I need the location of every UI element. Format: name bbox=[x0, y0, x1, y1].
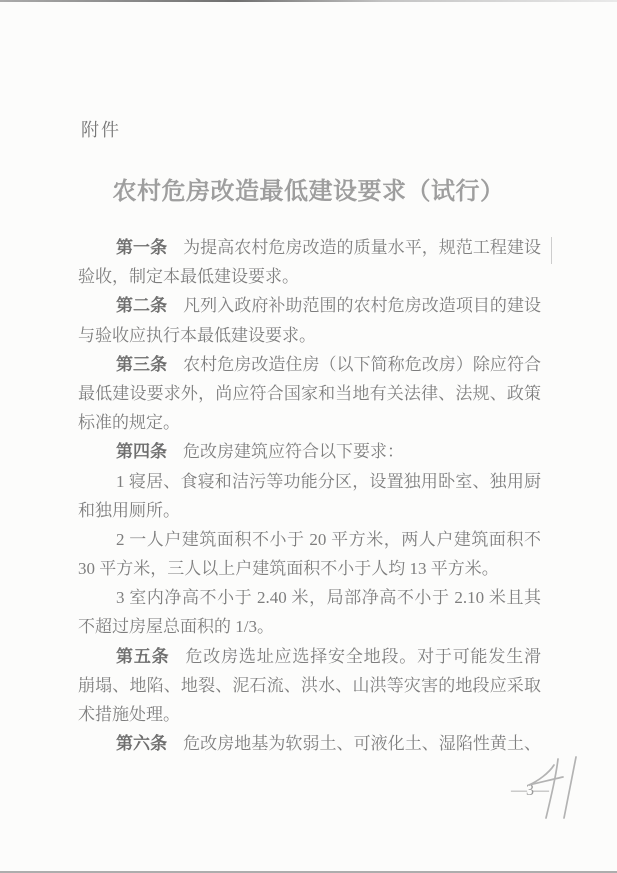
text-line: 最低建设要求外，尚应符合国家和当地有关法律、法规、政策及 bbox=[78, 379, 541, 408]
text-line: 第四条危改房建筑应符合以下要求： bbox=[78, 437, 541, 466]
article-number: 第四条 bbox=[116, 442, 167, 461]
text-line: 崩塌、地陷、地裂、泥石流、洪水、山洪等灾害的地段应采取技 bbox=[78, 671, 541, 700]
text-line: 第五条危改房选址应选择安全地段。对于可能发生滑坡、 bbox=[78, 642, 541, 671]
article-number: 第二条 bbox=[116, 296, 167, 315]
line-text: 最低建设要求外，尚应符合国家和当地有关法律、法规、政策及 bbox=[78, 384, 541, 408]
article-number: 第三条 bbox=[116, 355, 167, 374]
line-text: 凡列入政府补助范围的农村危房改造项目的建设 bbox=[183, 296, 541, 315]
line-text: 术措施处理。 bbox=[78, 705, 180, 724]
article-number: 第五条 bbox=[116, 647, 169, 666]
text-line: 第二条凡列入政府补助范围的农村危房改造项目的建设 bbox=[78, 291, 541, 320]
line-text: 1 寝居、食寝和洁污等功能分区，设置独用卧室、独用厨房 bbox=[116, 472, 541, 496]
line-text: 与验收应执行本最低建设要求。 bbox=[78, 326, 316, 345]
line-text: 2 一人户建筑面积不小于 20 平方米，两人户建筑面积不小于 bbox=[116, 530, 541, 554]
document-body: 第一条为提高农村危房改造的质量水平，规范工程建设与验收，制定本最低建设要求。第二… bbox=[78, 233, 541, 758]
text-line: 术措施处理。 bbox=[78, 700, 541, 729]
text-line: 与验收应执行本最低建设要求。 bbox=[78, 321, 541, 350]
line-text: 危改房建筑应符合以下要求： bbox=[183, 442, 404, 461]
line-text: 为提高农村危房改造的质量水平，规范工程建设与 bbox=[116, 238, 541, 262]
text-line: 不超过房屋总面积的 1/3。 bbox=[78, 612, 541, 641]
line-text: 30 平方米，三人以上户建筑面积不小于人均 13 平方米。 bbox=[78, 559, 499, 578]
handwritten-mark-41 bbox=[524, 752, 586, 824]
line-text: 验收，制定本最低建设要求。 bbox=[78, 267, 299, 286]
line-text: 标准的规定。 bbox=[78, 413, 180, 432]
attachment-label: 附件 bbox=[81, 116, 121, 142]
line-text: 危改房地基为软弱土、可液化土、湿陷性黄土、膨 bbox=[116, 734, 541, 758]
scan-top-edge bbox=[0, 0, 617, 2]
line-text: 危改房选址应选择安全地段。对于可能发生滑坡、 bbox=[116, 647, 541, 671]
text-line: 3 室内净高不小于 2.40 米，局部净高不小于 2.10 米且其面积 bbox=[78, 583, 541, 612]
scanned-document-page: 附件 农村危房改造最低建设要求（试行） 第一条为提高农村危房改造的质量水平，规范… bbox=[0, 0, 617, 873]
line-text: 崩塌、地陷、地裂、泥石流、洪水、山洪等灾害的地段应采取技 bbox=[78, 676, 541, 700]
article-number: 第一条 bbox=[116, 238, 167, 257]
text-line: 第三条农村危房改造住房（以下简称危改房）除应符合本 bbox=[78, 350, 541, 379]
text-line: 2 一人户建筑面积不小于 20 平方米，两人户建筑面积不小于 bbox=[78, 525, 541, 554]
scan-artifact-line bbox=[551, 237, 552, 264]
text-line: 30 平方米，三人以上户建筑面积不小于人均 13 平方米。 bbox=[78, 554, 541, 583]
article-number: 第六条 bbox=[116, 734, 167, 753]
text-line: 验收，制定本最低建设要求。 bbox=[78, 262, 541, 291]
line-text: 和独用厕所。 bbox=[78, 501, 180, 520]
line-text: 3 室内净高不小于 2.40 米，局部净高不小于 2.10 米且其面积 bbox=[116, 588, 541, 612]
text-line: 标准的规定。 bbox=[78, 408, 541, 437]
text-line: 1 寝居、食寝和洁污等功能分区，设置独用卧室、独用厨房 bbox=[78, 467, 541, 496]
text-line: 第六条危改房地基为软弱土、可液化土、湿陷性黄土、膨 bbox=[78, 729, 541, 758]
document-title: 农村危房改造最低建设要求（试行） bbox=[0, 171, 617, 206]
text-line: 和独用厕所。 bbox=[78, 496, 541, 525]
line-text: 农村危房改造住房（以下简称危改房）除应符合本 bbox=[116, 355, 541, 379]
text-line: 第一条为提高农村危房改造的质量水平，规范工程建设与 bbox=[78, 233, 541, 262]
line-text: 不超过房屋总面积的 1/3。 bbox=[78, 617, 274, 636]
